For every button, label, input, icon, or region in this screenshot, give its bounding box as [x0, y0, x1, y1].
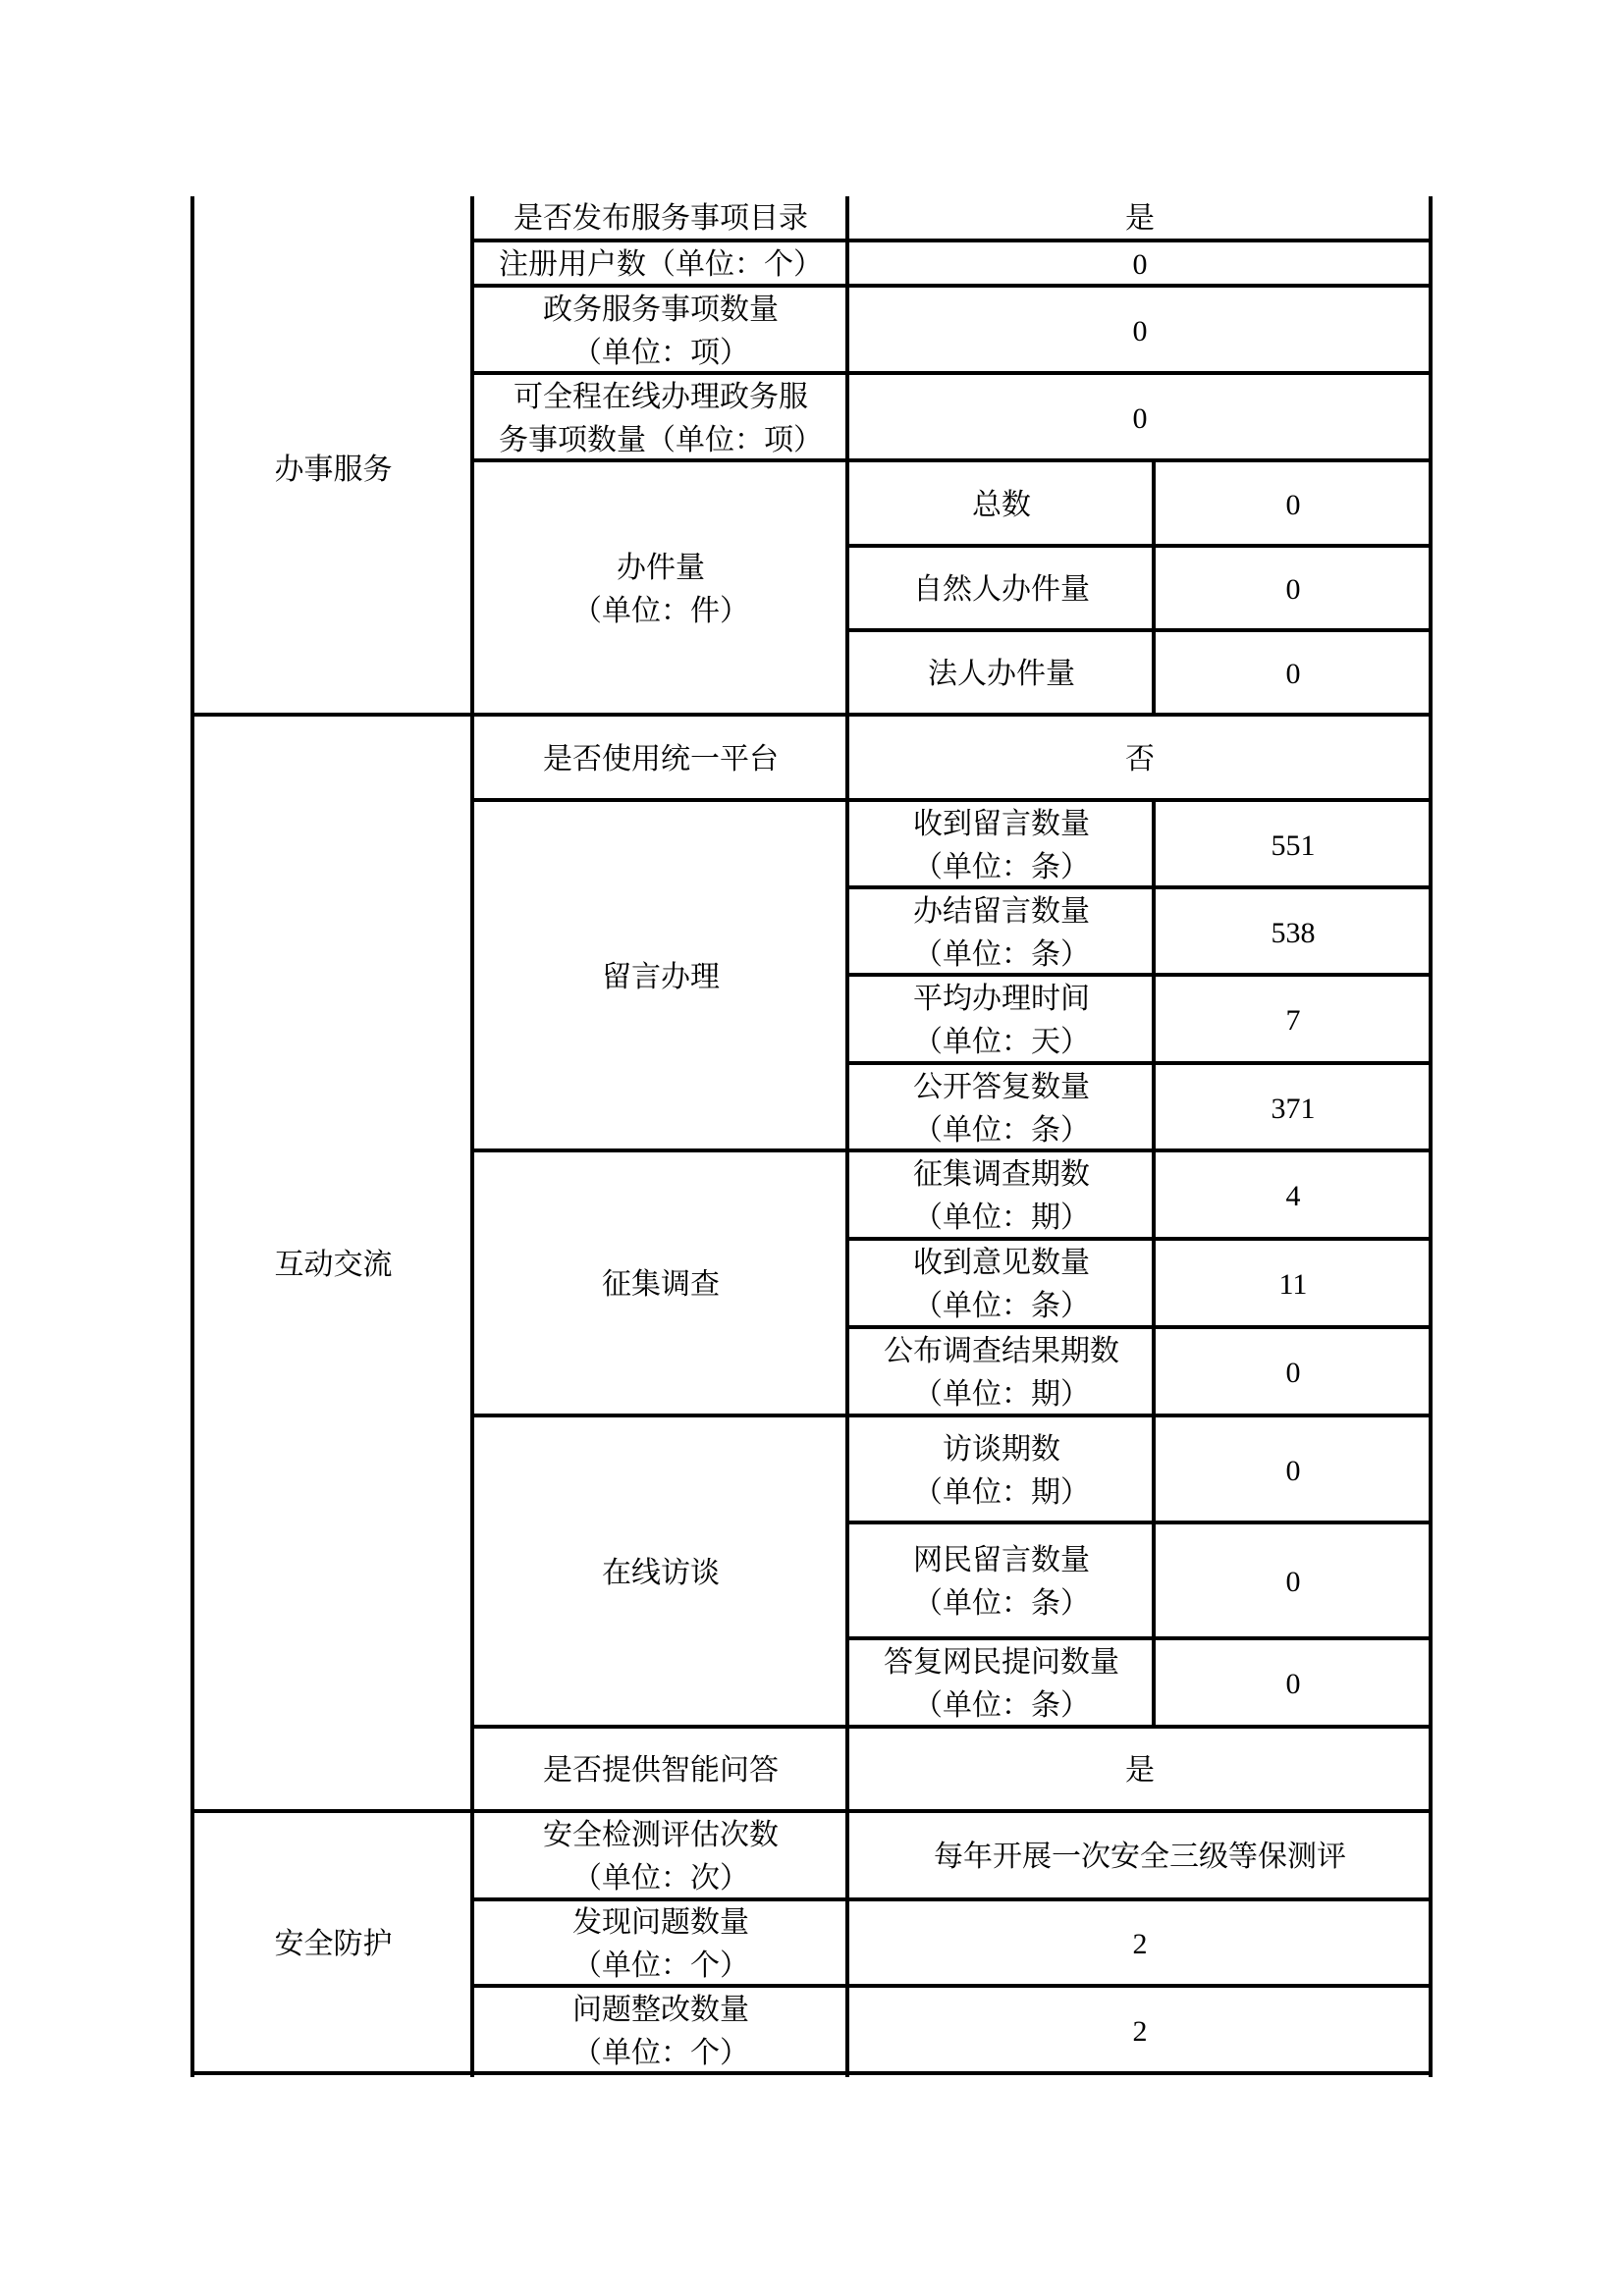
sub-label: 收到留言数量 （单位：条） [849, 804, 1154, 887]
sub-label: 法人办件量 [849, 634, 1154, 715]
row-value: 0 [849, 377, 1431, 460]
row-divider [845, 544, 1433, 548]
sub-label: 总数 [849, 464, 1154, 546]
sub-label: 答复网民提问数量 （单位：条） [849, 1642, 1154, 1727]
row-label: 问题整改数量 （单位：个） [474, 1990, 847, 2073]
row-divider [470, 1148, 1433, 1152]
sub-value: 0 [1156, 1642, 1431, 1727]
sub-value: 0 [1156, 634, 1431, 715]
row-label: 是否提供智能问答 [474, 1731, 847, 1811]
row-label: 可全程在线办理政务服 务事项数量（单位：项） [474, 377, 847, 460]
sub-value: 0 [1156, 1331, 1431, 1415]
row-value: 0 [849, 290, 1431, 373]
sub-value: 0 [1156, 1526, 1431, 1638]
row-divider [470, 1897, 1433, 1901]
sub-value: 551 [1156, 804, 1431, 887]
sub-label: 办结留言数量 （单位：条） [849, 891, 1154, 975]
row-value: 每年开展一次安全三级等保测评 [849, 1815, 1431, 1899]
row-label: 安全检测评估次数 （单位：次） [474, 1815, 847, 1899]
sub-label: 网民留言数量 （单位：条） [849, 1526, 1154, 1638]
section-divider [190, 713, 1433, 717]
row-label: 是否使用统一平台 [474, 719, 847, 800]
sub-value: 4 [1156, 1154, 1431, 1239]
row-divider [845, 1325, 1433, 1329]
sub-value: 0 [1156, 1419, 1431, 1522]
row-divider [470, 1414, 1433, 1417]
sub-label: 公开答复数量 （单位：条） [849, 1067, 1154, 1150]
sub-value: 0 [1156, 550, 1431, 630]
sub-value: 7 [1156, 979, 1431, 1063]
row-divider [470, 371, 1433, 375]
section-label-interaction: 互动交流 [194, 719, 472, 1811]
row-label: 政务服务事项数量 （单位：项） [474, 290, 847, 373]
row-divider [470, 284, 1433, 288]
row-label: 发现问题数量 （单位：个） [474, 1903, 847, 1986]
row-divider [470, 798, 1433, 802]
row-divider [470, 1725, 1433, 1729]
sub-label: 征集调查期数 （单位：期） [849, 1154, 1154, 1239]
section-label-security: 安全防护 [194, 1815, 472, 2073]
row-label: 注册用户数（单位：个） [474, 244, 847, 286]
row-value: 是 [849, 1731, 1431, 1811]
row-divider [845, 973, 1433, 977]
table-border-right [1429, 196, 1433, 2077]
sub-label: 平均办理时间 （单位：天） [849, 979, 1154, 1063]
sub-value: 11 [1156, 1243, 1431, 1327]
column-divider [1152, 460, 1156, 717]
column-divider [845, 196, 849, 2077]
group-label: 留言办理 [474, 804, 847, 1150]
sub-value: 538 [1156, 891, 1431, 975]
row-divider [845, 1237, 1433, 1241]
table-border-bottom [190, 2071, 1433, 2075]
row-value: 2 [849, 1990, 1431, 2073]
sub-label: 访谈期数 （单位：期） [849, 1419, 1154, 1522]
row-divider [845, 885, 1433, 889]
row-divider [470, 239, 1433, 242]
column-divider [470, 196, 474, 2077]
table-border-left [190, 196, 194, 2077]
section-divider [190, 1809, 1433, 1813]
row-value: 否 [849, 719, 1431, 800]
row-value: 0 [849, 244, 1431, 286]
row-label: 是否发布服务事项目录 [474, 196, 847, 240]
sub-value: 0 [1156, 464, 1431, 546]
row-divider [845, 1636, 1433, 1640]
row-divider [845, 628, 1433, 632]
row-value: 2 [849, 1903, 1431, 1986]
sub-label: 公布调查结果期数 （单位：期） [849, 1331, 1154, 1415]
group-label: 在线访谈 [474, 1419, 847, 1727]
sub-value: 371 [1156, 1067, 1431, 1150]
group-label: 办件量 （单位：件） [474, 464, 847, 715]
sub-label: 自然人办件量 [849, 550, 1154, 630]
row-value: 是 [849, 196, 1431, 240]
column-divider [1152, 800, 1156, 1729]
row-divider [470, 1984, 1433, 1988]
sub-label: 收到意见数量 （单位：条） [849, 1243, 1154, 1327]
group-label: 征集调查 [474, 1154, 847, 1415]
row-divider [470, 458, 1433, 462]
row-divider [845, 1061, 1433, 1065]
section-label-service: 办事服务 [194, 196, 472, 715]
row-divider [845, 1521, 1433, 1524]
